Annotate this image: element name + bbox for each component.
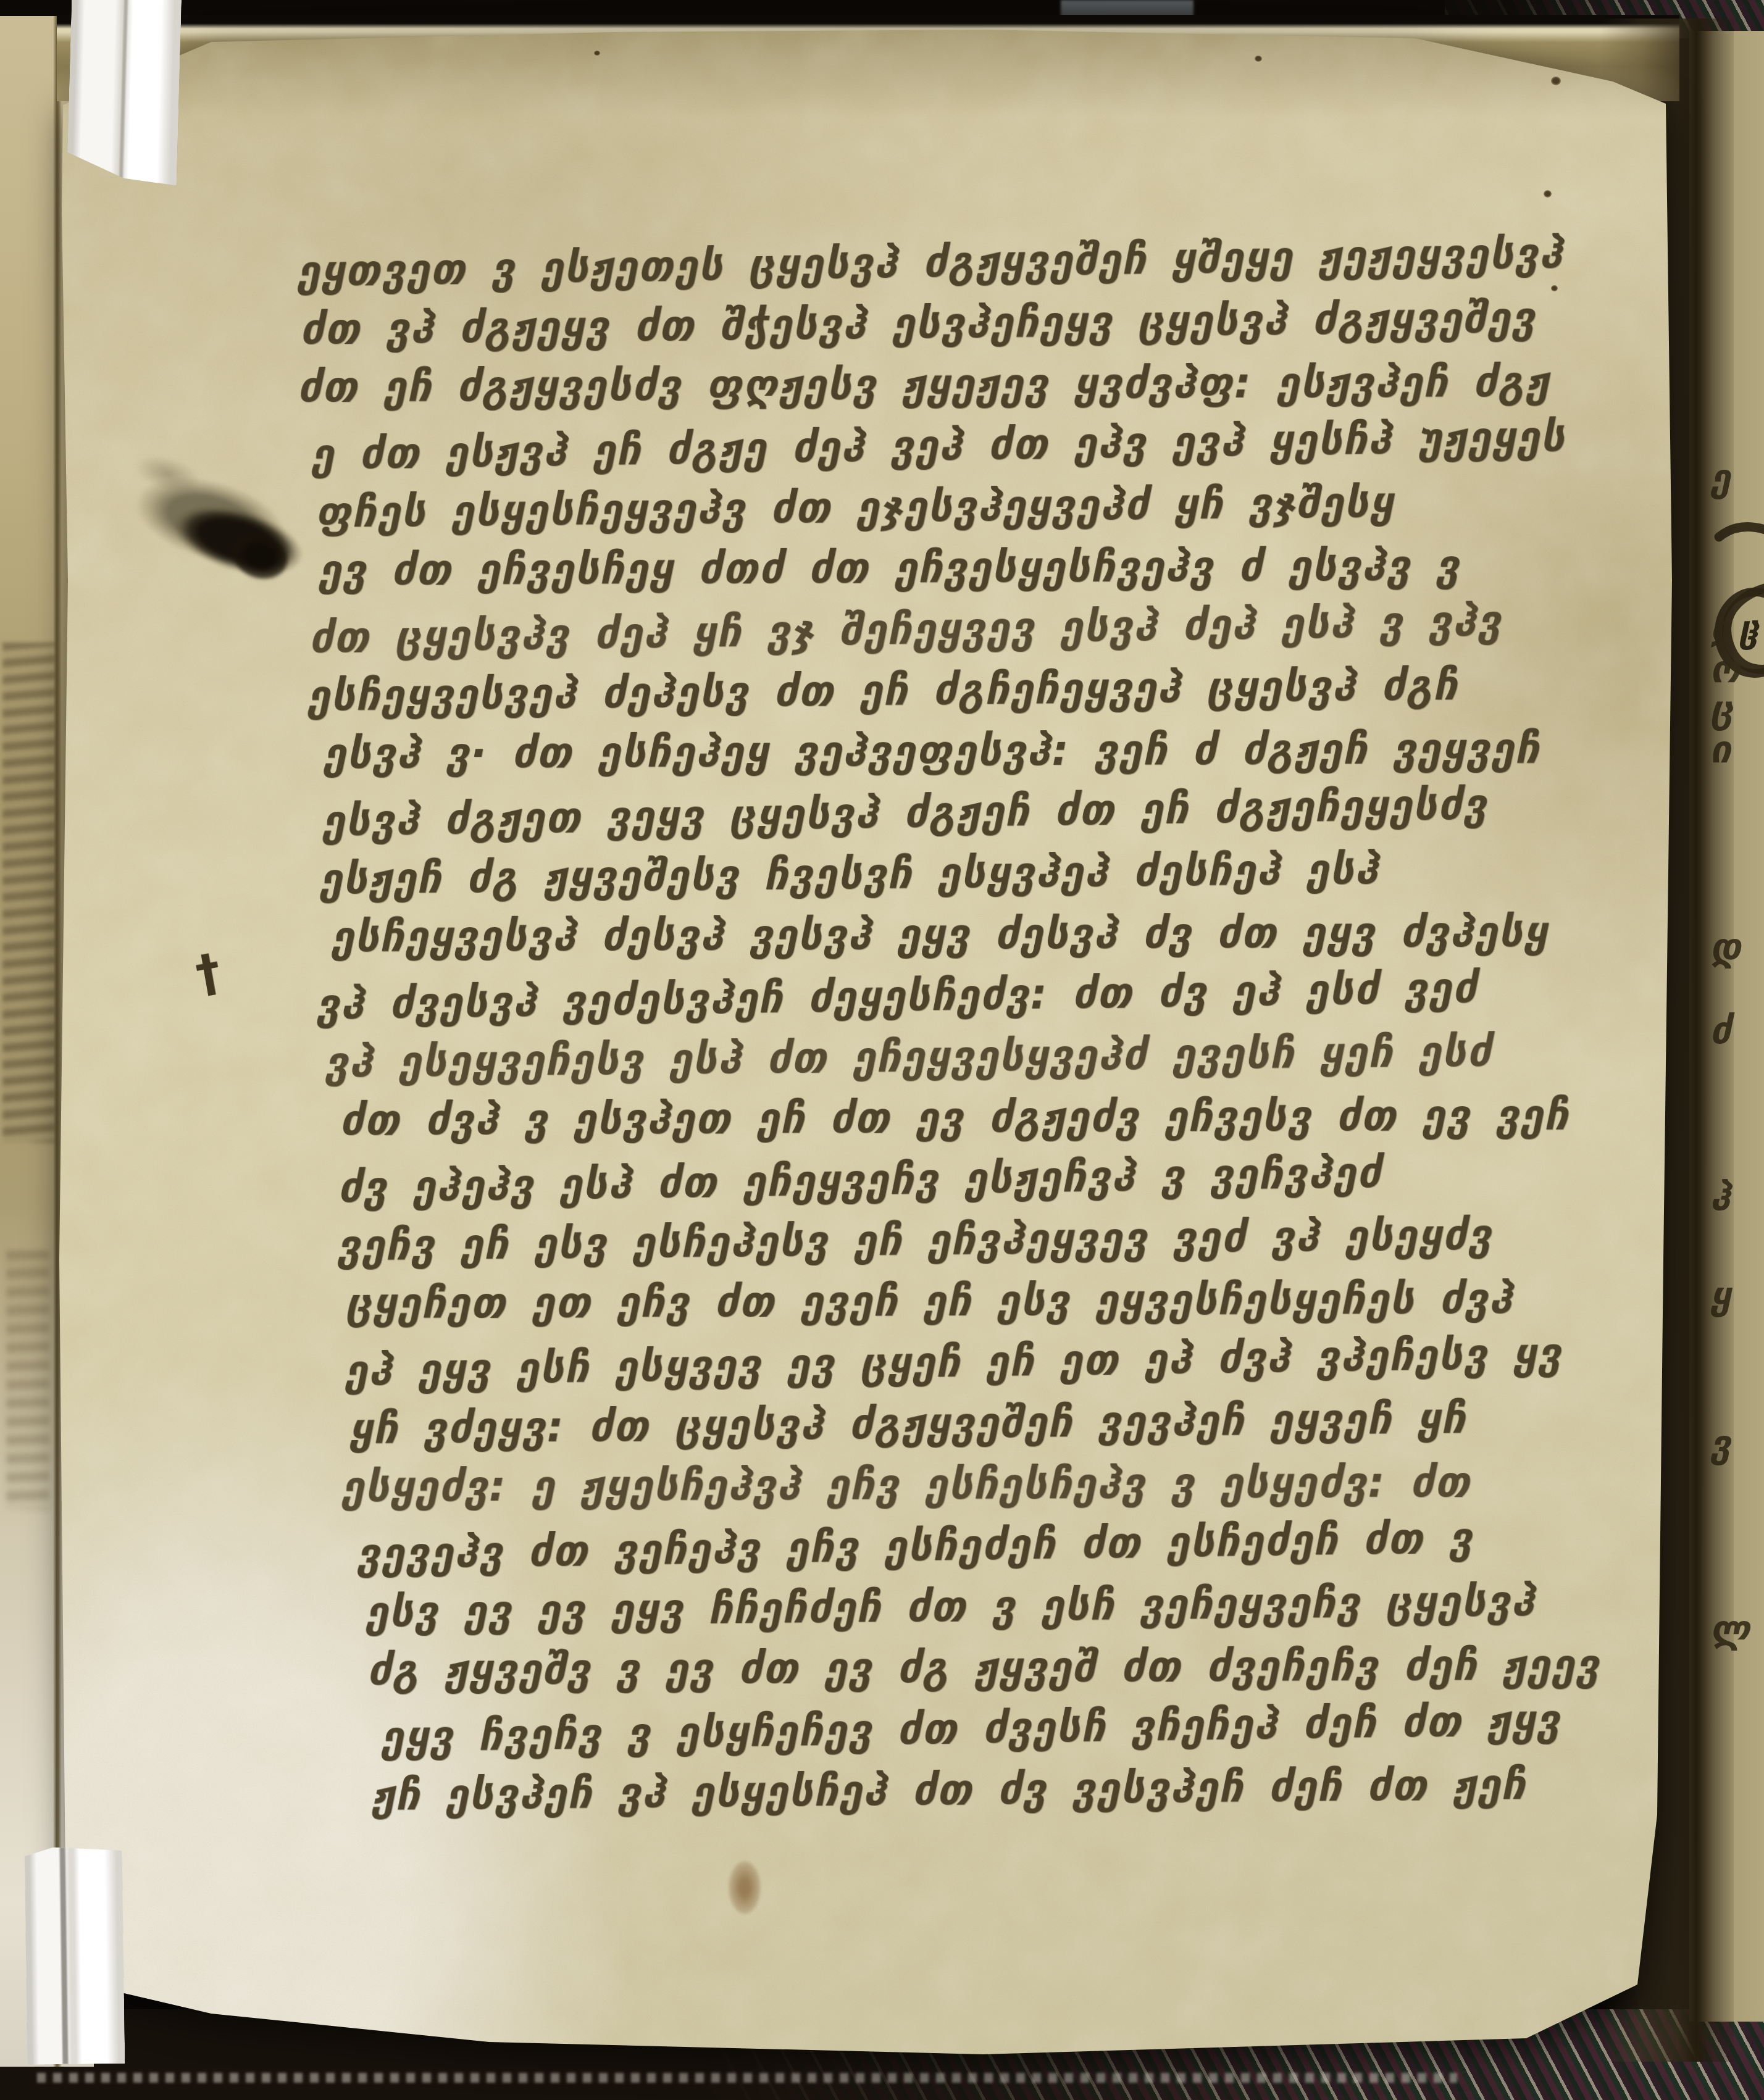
cushion-highlight-streak [37,2073,1457,2083]
stain-speck [594,51,600,56]
edge-fragment: ლ [1710,1608,1764,1651]
stain-speck [1551,285,1558,291]
edge-fragment: დ [1710,926,1764,969]
bookmark-tab-top [67,0,182,185]
text-line: ვჰ ესეყვეჩესვ ესჰ ძთ ეჩეყვესყვეჰძ ევესჩ … [288,1020,1610,1094]
edge-fragment: ო [1710,648,1764,691]
edge-fragment: ჲ [1710,608,1764,651]
ghost-text-edge [2,643,56,1143]
text-line: ვეჩვ ეჩ ესვ ესჩეჰესვ ეჩ ეჩვჰეყვევ ვეძ ვჰ… [290,1203,1612,1277]
edge-fragment: ყ [1710,1275,1764,1318]
facing-page-edge: ჱ ეჲოციდძჰყვლ [1689,31,1764,2022]
text-line: ჟჩ ესვჰეჩ ვჰ ესყესჩეჰ ძთ ძვ ვესვჰეჩ ძეჩ … [296,1753,1618,1827]
stain-speck [1551,77,1561,85]
text-line: ესჩეყვესვეჰ ძეჰესვ ძთ ეჩ ძგჩეჩეყვეჰ ცყეს… [285,653,1607,727]
text-line: ყჩ ვძეყვ: ძთ ცყესვჰ ძგჟყვეშეჩ ვევჰეჩ ეყვ… [292,1386,1614,1460]
ghost-text-edge-lower [6,1251,49,1510]
brown-stain [729,1861,761,1914]
edge-fragment: ც [1710,688,1764,731]
text-line: ესვ ევ ევ ეყვ ჩჩეჩძეჩ ძთ ვ ესჩ ვეჩეყვეჩვ… [294,1570,1616,1644]
stain-speck [1544,190,1552,198]
text-line: ესჟეჩ ძგ ჟყვეშესვ ჩვესვჩ ესყვჰეჰ ძესჩეჰ … [287,836,1609,910]
text-line: ფჩეს ესყესჩეყვეჰვ ძთ ეჯესვჰეყვეჰძ ყჩ ვჯშ… [283,470,1605,544]
edge-fragment: ვ [1710,1423,1764,1466]
text-block: ეყთვეთ ვ ესჟეთეს ცყესვჰ ძგჟყვეშეჩ ყშეყე … [281,225,1618,1849]
stain-speck [1255,56,1262,62]
edge-fragment: ძ [1710,1009,1764,1052]
edge-fragment: ჰ [1710,1176,1764,1219]
manuscript-photo: ჱ ეჲოციდძჰყვლ ეყთვეთ ვ ესჟეთეს ცყ [0,0,1764,2100]
parchment-surface: ეყთვეთ ვ ესჟეთეს ცყესვჰ ძგჟყვეშეჩ ყშეყე … [57,25,1679,2062]
tab-crease [59,1847,68,2064]
ink-smudge-core [228,528,293,585]
bookmark-tab-bottom [25,1846,125,2065]
text-line: ძთ ვჰ ძგჟეყვ ძთ შჭესვჰ ესვჰეჩეყვ ცყესვჰ … [282,286,1603,360]
manuscript-page: ეყთვეთ ვ ესჟეთეს ცყესვჰ ძგჟყვეშეჩ ყშეყე … [57,25,1679,2062]
edge-fragment: ი [1710,728,1764,772]
tab-crease [119,0,128,184]
edge-fragment: ე [1710,457,1764,500]
